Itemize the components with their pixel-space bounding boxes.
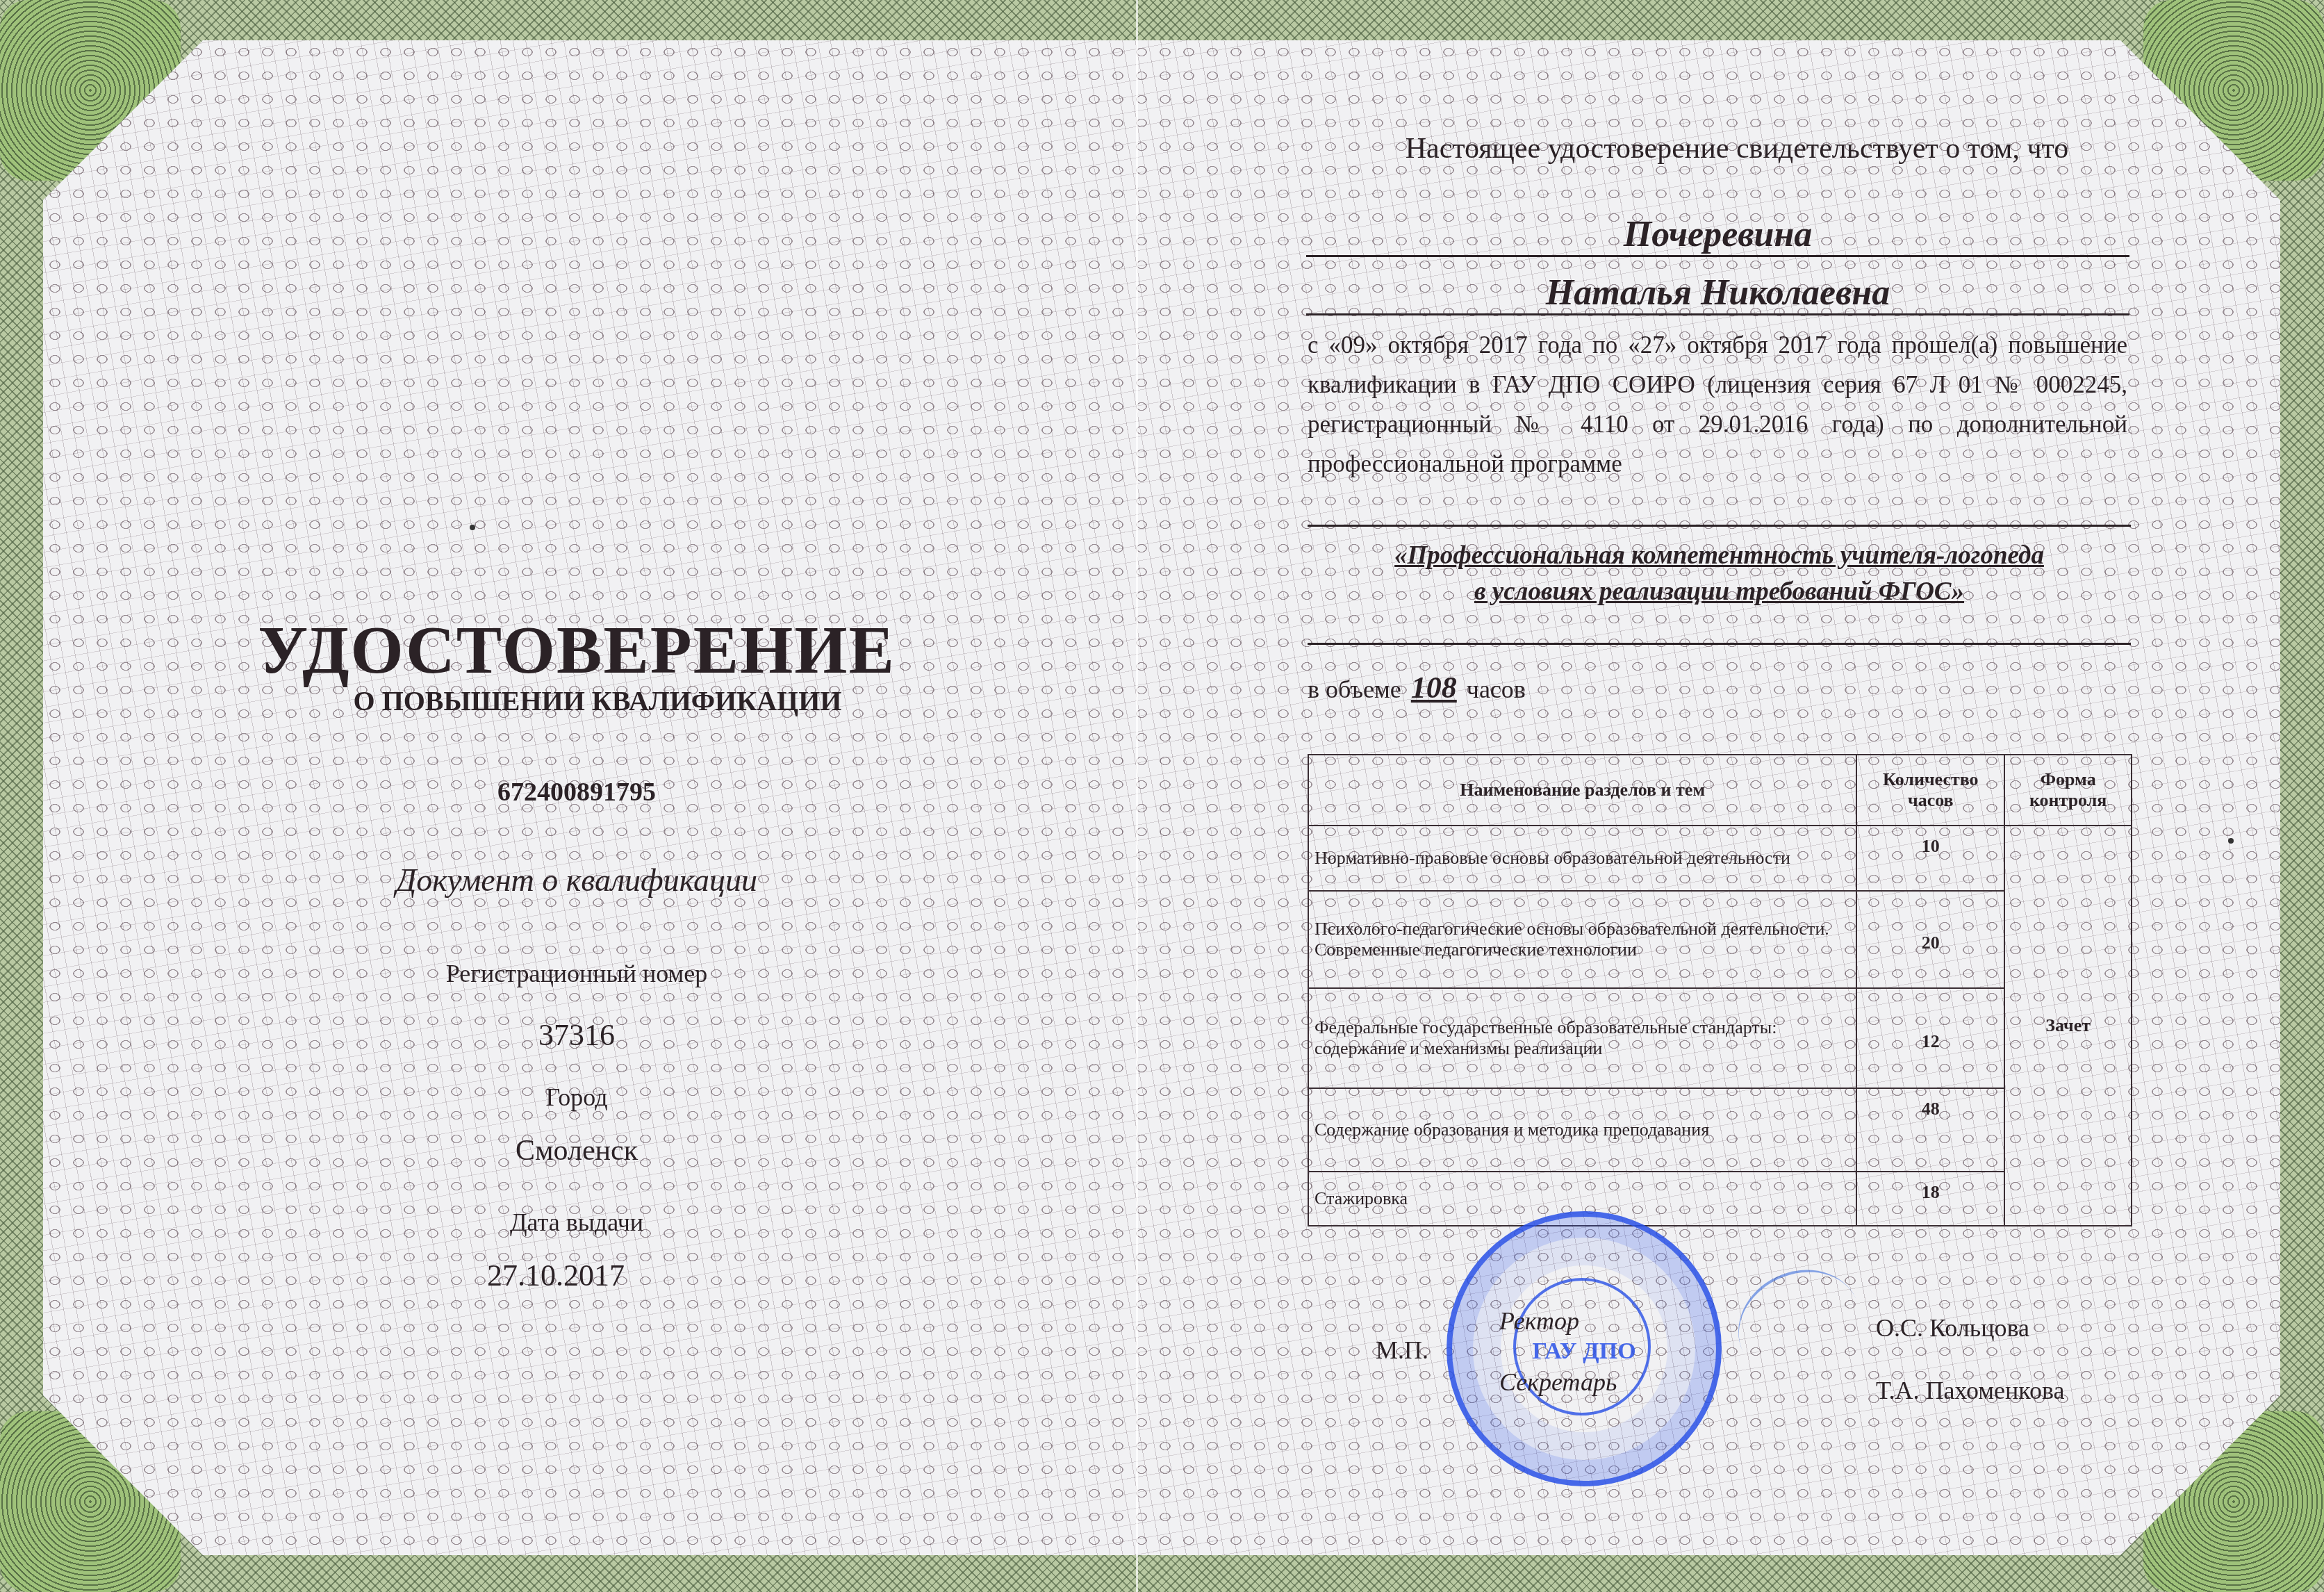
course-description: с «09» октября 2017 года по «27» октября… <box>1308 325 2127 484</box>
recipient-given-names: Наталья Николаевна <box>1306 272 2129 315</box>
rector-role: Ректор <box>1499 1306 1579 1336</box>
stamp-text: ГАУ ДПО <box>1452 1338 1716 1365</box>
stamp-place-label: М.П. <box>1376 1336 1428 1365</box>
table-row: Нормативно-правовые основы образовательн… <box>1308 826 2132 891</box>
registration-number-label: Регистрационный номер <box>0 959 1153 988</box>
hours-cell: 48 <box>1856 1088 2004 1172</box>
recipient-surname: Почеревина <box>1306 214 2129 257</box>
document-type: Документ о квалификации <box>0 862 1153 898</box>
official-stamp: ГАУ ДПО <box>1447 1211 1722 1486</box>
rector-name: О.С. Кольцова <box>1876 1313 2029 1343</box>
header-control: Форма контроля <box>2004 755 2132 826</box>
header-hours: Количество часов <box>1856 755 2004 826</box>
program-title-line2: в условиях реализации требований ФГОС» <box>1308 577 2131 607</box>
hours-cell: 18 <box>1856 1172 2004 1226</box>
serial-number: 672400891795 <box>0 777 1153 807</box>
ink-speck <box>2228 838 2234 844</box>
topic-cell: Содержание образования и методика препод… <box>1308 1088 1856 1172</box>
issue-date-label: Дата выдачи <box>0 1208 1153 1237</box>
control-form-cell: Зачет <box>2004 826 2132 1226</box>
certificate-subtitle: О ПОВЫШЕНИИ КВАЛИФИКАЦИИ <box>0 684 1174 717</box>
program-title-line1: «Профессиональная компетентность учителя… <box>1308 541 2131 571</box>
hours-cell: 10 <box>1856 826 2004 891</box>
hours-cell: 12 <box>1856 988 2004 1088</box>
city: Смоленск <box>0 1134 1153 1167</box>
volume-suffix: часов <box>1467 675 1526 703</box>
table-header-row: Наименование разделов и тем Количество ч… <box>1308 755 2132 826</box>
curriculum-table: Наименование разделов и тем Количество ч… <box>1308 754 2132 1226</box>
hours-cell: 20 <box>1856 891 2004 988</box>
city-label: Город <box>0 1083 1153 1112</box>
ink-speck <box>470 525 475 530</box>
registration-number: 37316 <box>0 1017 1153 1053</box>
rule-line <box>1308 643 2131 645</box>
intro-text: Настоящее удостоверение свидетельствует … <box>1292 132 2154 165</box>
issue-date: 27.10.2017 <box>0 1258 1132 1293</box>
volume-hours: 108 <box>1401 671 1467 705</box>
rule-line <box>1308 525 2131 527</box>
secretary-role: Секретарь <box>1499 1368 1617 1397</box>
topic-cell: Федеральные государственные образователь… <box>1308 988 1856 1088</box>
volume-line: в объеме108часов <box>1308 670 1526 705</box>
secretary-name: Т.А. Пахоменкова <box>1876 1376 2065 1405</box>
header-topic: Наименование разделов и тем <box>1308 755 1856 826</box>
left-page: УДОСТОВЕРЕНИЕ О ПОВЫШЕНИИ КВАЛИФИКАЦИИ 6… <box>0 0 1153 1592</box>
certificate-title: УДОСТОВЕРЕНИЕ <box>0 612 1153 689</box>
topic-cell: Психолого-педагогические основы образова… <box>1308 891 1856 988</box>
topic-cell: Нормативно-правовые основы образовательн… <box>1308 826 1856 891</box>
volume-prefix: в объеме <box>1308 675 1401 703</box>
